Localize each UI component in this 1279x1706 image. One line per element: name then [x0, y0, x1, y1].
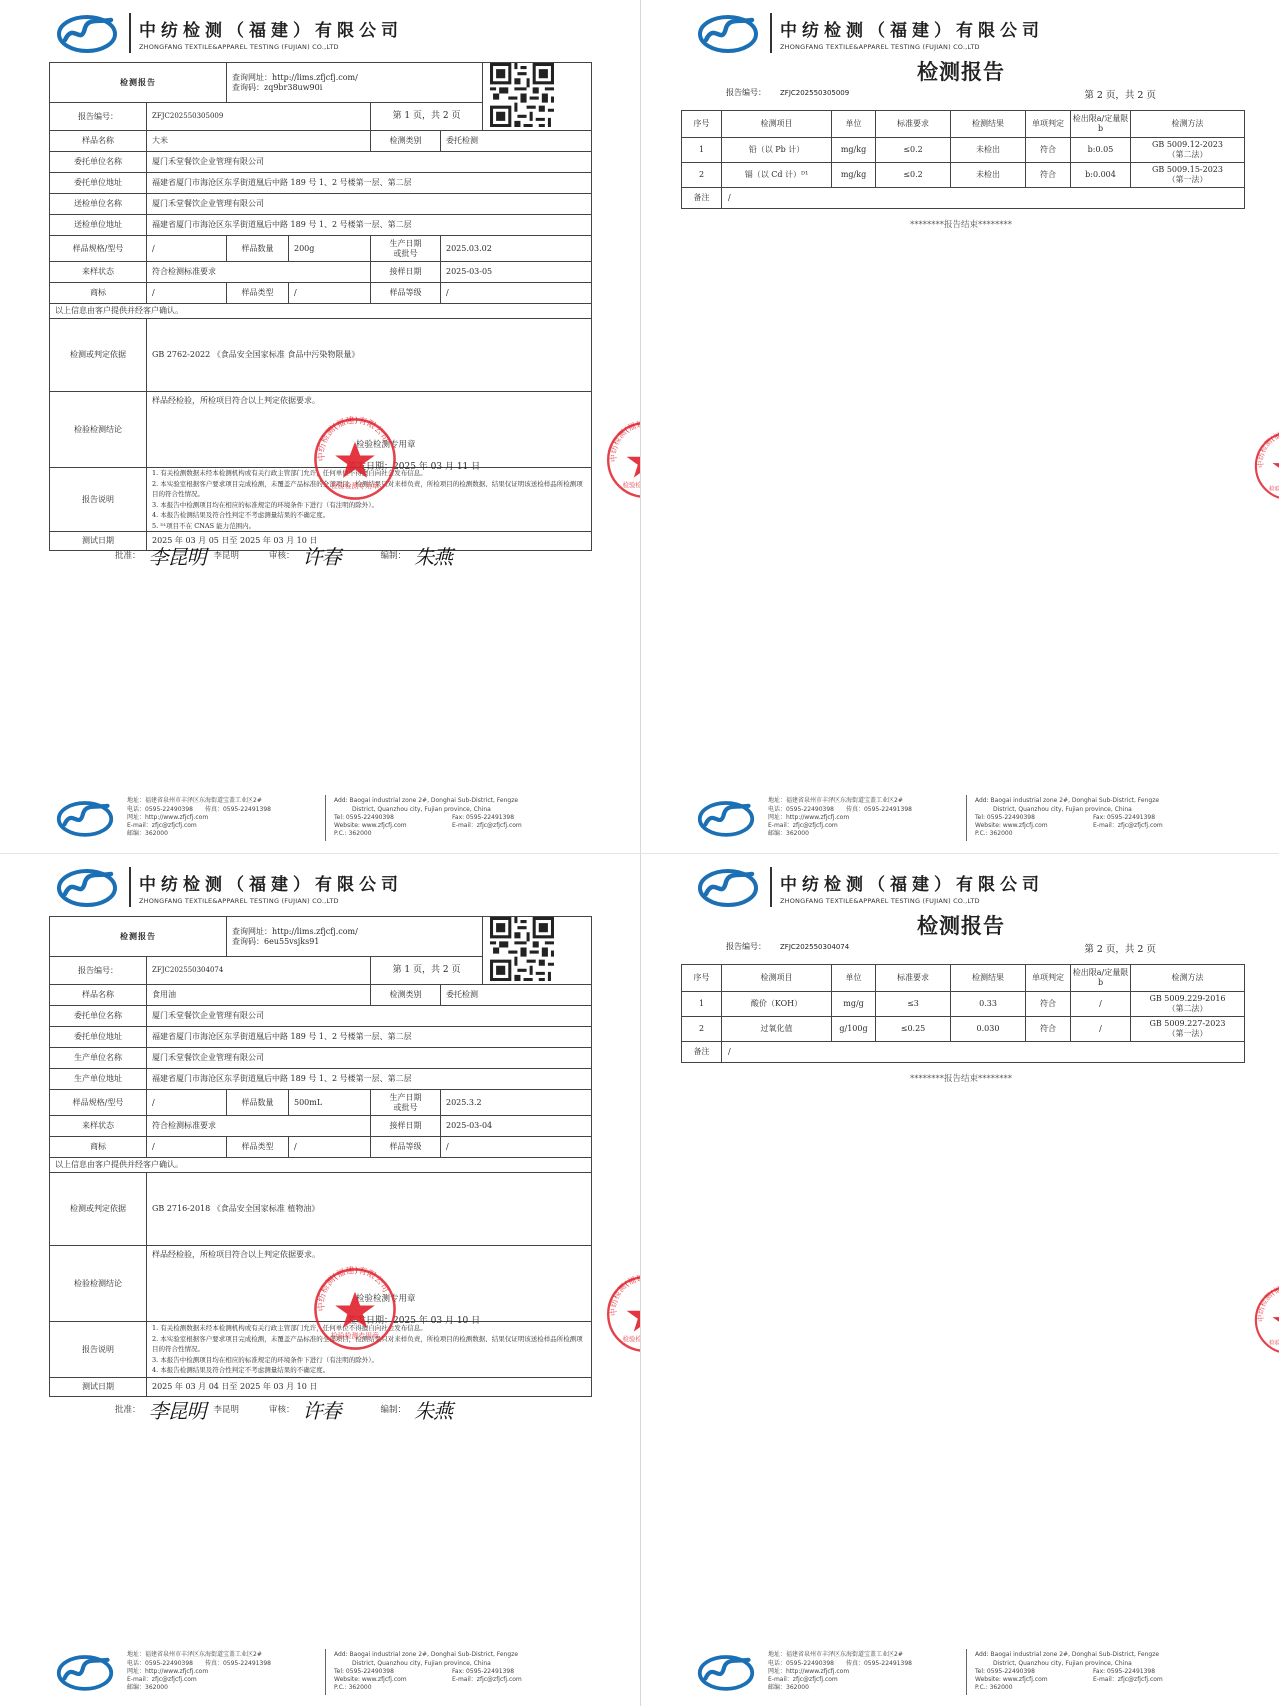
footer-en-address: Add: Baogai industrial zone 2#, Donghai … [334, 1651, 584, 1659]
sample-grade-label: 样品等级 [371, 283, 441, 304]
review-label: 审核： [269, 549, 295, 561]
cell-limit: / [1071, 1017, 1131, 1042]
sample-state-value: 符合检测标准要求 [147, 262, 371, 283]
footer-en-contact: Add: Baogai industrial zone 2#, Donghai … [975, 1651, 1225, 1692]
header-divider [770, 13, 772, 53]
signature-row: 批准： 李昆明 李昆明 审核： 许春 编制： 朱燕 [115, 540, 575, 570]
sample-type-value: / [289, 1137, 371, 1158]
conclusion-cell: 样品经检验，所检项目符合以上判定依据要求。 检验检测专用章 签发日期：2025 … [147, 1246, 592, 1322]
remark-label: 备注 [682, 1042, 722, 1063]
client-addr-label: 委托单位地址 [50, 1027, 147, 1048]
sample-type-value: / [289, 283, 371, 304]
basis-label: 检测或判定依据 [50, 1173, 147, 1246]
cell-no: 1 [682, 138, 722, 163]
approver-name: 李昆明 [214, 1403, 240, 1415]
footer-en-address: Add: Baogai industrial zone 2#, Donghai … [975, 1651, 1225, 1659]
page-footer: 地址：福建省泉州市丰泽区东海街道宝盖工业区2# 电话：0595-22490398… [696, 1646, 1236, 1698]
report-no-value: ZFJC202550304074 [147, 957, 371, 985]
query-code-label: 查询码： [232, 937, 264, 946]
spec-value: / [147, 1090, 227, 1116]
company-name-cn: 中纺检测（福建）有限公司 [139, 16, 403, 41]
report-no-label: 报告编号： [50, 103, 147, 131]
seam-seal-fragment-icon [605, 420, 640, 500]
footer-en-email: E-mail：zfjc@zfjcfj.com [1093, 822, 1163, 830]
footer-divider [966, 1649, 967, 1695]
footer-en-address: Add: Baogai industrial zone 2#, Donghai … [334, 797, 584, 805]
remark-row: 备注 / [682, 188, 1245, 209]
sample-grade-value: / [441, 283, 592, 304]
compile-label: 编制： [381, 549, 407, 561]
remark-value: / [722, 1042, 1245, 1063]
sender-addr-value: 福建省厦门市海沧区东孚街道凰后中路 189 号 1、2 号楼第一层、第二层 [147, 215, 592, 236]
footer-pc: P.C.: 362000 [975, 1684, 1225, 1692]
producer-addr-value: 福建省厦门市海沧区东孚街道凰后中路 189 号 1、2 号楼第一层、第二层 [147, 1069, 592, 1090]
producer-name-value: 厦门禾堂餐饮企业管理有限公司 [147, 1048, 592, 1069]
report-no-value: ZFJC202550305009 [147, 103, 371, 131]
qr-code-cell [483, 63, 592, 131]
report-b-page-2: 中纺检测（福建）有限公司 ZHONGFANG TEXTILE&APPAREL T… [640, 853, 1279, 1706]
sample-state-label: 来样状态 [50, 262, 147, 283]
report-a-page-1: 中纺检测（福建）有限公司 ZHONGFANG TEXTILE&APPAREL T… [0, 0, 640, 853]
query-code: 6eu55vsjks91 [264, 937, 319, 946]
report-no-value: ZFJC202550305009 [780, 89, 849, 97]
results-header-row: 序号 检测项目 单位 标准要求 检测结果 单项判定 检出限a/定量限b 检测方法 [682, 111, 1245, 138]
cell-unit: mg/g [832, 992, 876, 1017]
cell-result: 未检出 [951, 163, 1026, 188]
quantity-value: 500mL [289, 1090, 371, 1116]
approver-signature: 李昆明 [149, 541, 206, 570]
client-name-label: 委托单位名称 [50, 152, 147, 173]
note-item: 4. 本报告检测结果及符合性判定不考虑测量结果的不确定度。 [152, 510, 586, 521]
conclusion-cell: 样品经检验，所检项目符合以上判定依据要求。 检验检测专用章 签发日期：2025 … [147, 392, 592, 468]
footer-phone: 电话：0595-22490398 传真：0595-22491398 [127, 1660, 317, 1668]
query-url-link[interactable]: http://lims.zfjcfj.com/ [272, 927, 358, 936]
sample-name-value: 食用油 [147, 985, 371, 1006]
footer-fax: Fax: 0595-22491398 [452, 814, 514, 822]
report-meta: 报告编号：ZFJC202550305009 第 2 页，共 2 页 [726, 87, 1156, 101]
results-table: 序号 检测项目 单位 标准要求 检测结果 单项判定 检出限a/定量限b 检测方法… [681, 964, 1245, 1063]
report-a-page-2: 中纺检测（福建）有限公司 ZHONGFANG TEXTILE&APPAREL T… [640, 0, 1279, 853]
col-header: 检测方法 [1131, 965, 1245, 992]
approver-signature: 李昆明 [149, 1395, 206, 1424]
cell-method: GB 5009.12-2023 （第二法） [1131, 138, 1245, 163]
cell-no: 2 [682, 1017, 722, 1042]
footer-cn-contact: 地址：福建省泉州市丰泽区东海街道宝盖工业区2# 电话：0595-22490398… [127, 1651, 317, 1692]
basis-label: 检测或判定依据 [50, 319, 147, 392]
col-header: 标准要求 [876, 111, 951, 138]
receive-date-label: 接样日期 [371, 1116, 441, 1137]
cell-limit: b:0.004 [1071, 163, 1131, 188]
test-category-label: 检测类别 [371, 131, 441, 152]
page-indicator: 第 2 页，共 2 页 [1084, 87, 1156, 101]
table-row: 1 铅（以 Pb 计） mg/kg ≤0.2 未检出 符合 b:0.05 GB … [682, 138, 1245, 163]
producer-name-label: 生产单位名称 [50, 1048, 147, 1069]
query-url-label: 查询网址： [232, 927, 272, 936]
footer-en-address-2: District, Quanzhou city, Fujian province… [334, 806, 584, 814]
footer-en-address-2: District, Quanzhou city, Fujian province… [975, 1660, 1225, 1668]
col-header: 检出限a/定量限b [1071, 111, 1131, 138]
compile-label: 编制： [381, 1403, 407, 1415]
cell-result: 未检出 [951, 138, 1026, 163]
header-divider [129, 13, 131, 53]
cell-result: 0.33 [951, 992, 1026, 1017]
company-name-cn: 中纺检测（福建）有限公司 [780, 870, 1044, 895]
cell-unit: mg/kg [832, 138, 876, 163]
client-addr-value: 福建省厦门市海沧区东孚街道凰后中路 189 号 1、2 号楼第一层、第二层 [147, 1027, 592, 1048]
col-header: 单项判定 [1026, 111, 1071, 138]
cell-unit: g/100g [832, 1017, 876, 1042]
cell-method: GB 5009.229-2016 （第二法） [1131, 992, 1245, 1017]
conclusion-label: 检验检测结论 [50, 1246, 147, 1322]
report-info-table: 检测报告 查询网址：http://lims.zfjcfj.com/ 查询码：zq… [49, 62, 592, 551]
cell-item: 铅（以 Pb 计） [722, 138, 832, 163]
query-url-label: 查询网址： [232, 73, 272, 82]
col-header: 序号 [682, 111, 722, 138]
report-info-table: 检测报告 查询网址：http://lims.zfjcfj.com/ 查询码：6e… [49, 916, 592, 1397]
client-name-value: 厦门禾堂餐饮企业管理有限公司 [147, 152, 592, 173]
sender-addr-label: 送检单位地址 [50, 215, 147, 236]
company-logo-icon [55, 12, 119, 54]
note-item: 4. 本报告检测结果及符合性判定不考虑测量结果的不确定度。 [152, 1365, 586, 1376]
cell-unit: mg/kg [832, 163, 876, 188]
customer-confirm-note: 以上信息由客户提供并经客户确认。 [50, 1158, 592, 1173]
table-row: 2 镉（以 Cd 计）ᴰ¹ mg/kg ≤0.2 未检出 符合 b:0.004 … [682, 163, 1245, 188]
footer-address: 地址：福建省泉州市丰泽区东海街道宝盖工业区2# [768, 797, 958, 805]
footer-phone: 电话：0595-22490398 传真：0595-22491398 [768, 806, 958, 814]
approver-name: 李昆明 [214, 549, 240, 561]
report-title: 检测报告 [641, 910, 1279, 940]
report-no-label: 报告编号： [726, 942, 766, 951]
producer-addr-label: 生产单位地址 [50, 1069, 147, 1090]
footer-address: 地址：福建省泉州市丰泽区东海街道宝盖工业区2# [127, 797, 317, 805]
sample-name-label: 样品名称 [50, 131, 147, 152]
test-category-value: 委托检测 [441, 131, 592, 152]
footer-logo-icon [55, 798, 115, 838]
cell-item: 镉（以 Cd 计）ᴰ¹ [722, 163, 832, 188]
footer-website: 网址：http://www.zfjcfj.com [127, 1668, 317, 1676]
col-header: 单位 [832, 965, 876, 992]
reviewer-signature: 许春 [303, 1395, 341, 1424]
prod-date-label: 生产日期 或批号 [371, 1090, 441, 1116]
company-logo-icon [696, 866, 760, 908]
approve-label: 批准： [115, 1403, 141, 1415]
cell-judgement: 符合 [1026, 1017, 1071, 1042]
receive-date-value: 2025-03-05 [441, 262, 592, 283]
footer-divider [325, 795, 326, 841]
sample-type-label: 样品类型 [227, 283, 289, 304]
company-name-en: ZHONGFANG TEXTILE&APPAREL TESTING (FUJIA… [780, 897, 1044, 905]
note-item: 3. 本报告中检测项目均在相应的标准规定的环境条件下进行（有注明的除外）。 [152, 1355, 586, 1366]
spec-label: 样品规格/型号 [50, 236, 147, 262]
page-footer: 地址：福建省泉州市丰泽区东海街道宝盖工业区2# 电话：0595-22490398… [55, 792, 595, 844]
footer-postcode: 邮编：362000 [127, 1684, 317, 1692]
prod-date-label: 生产日期 或批号 [371, 236, 441, 262]
query-code: zq9br38uw90i [264, 83, 322, 92]
company-name-en: ZHONGFANG TEXTILE&APPAREL TESTING (FUJIA… [780, 43, 1044, 51]
issue-date-value: 2025 年 03 月 10 日 [393, 1316, 480, 1326]
report-end-mark: ********报告结束******** [641, 218, 1279, 230]
footer-en-website: Website: www.zfjcfj.com [975, 822, 1093, 830]
footer-tel: Tel: 0595-22490398 [334, 814, 452, 822]
footer-cn-contact: 地址：福建省泉州市丰泽区东海街道宝盖工业区2# 电话：0595-22490398… [127, 797, 317, 838]
compiler-signature: 朱燕 [414, 541, 452, 570]
basis-value: GB 2716-2018 《食品安全国家标准 植物油》 [147, 1173, 592, 1246]
cell-method: GB 5009.15-2023 （第一法） [1131, 163, 1245, 188]
compiler-signature: 朱燕 [414, 1395, 452, 1424]
results-header-row: 序号 检测项目 单位 标准要求 检测结果 单项判定 检出限a/定量限b 检测方法 [682, 965, 1245, 992]
sample-type-label: 样品类型 [227, 1137, 289, 1158]
header-divider [129, 867, 131, 907]
sample-name-label: 样品名称 [50, 985, 147, 1006]
company-header: 中纺检测（福建）有限公司 ZHONGFANG TEXTILE&APPAREL T… [696, 10, 1044, 56]
results-table: 序号 检测项目 单位 标准要求 检测结果 单项判定 检出限a/定量限b 检测方法… [681, 110, 1245, 209]
test-category-value: 委托检测 [441, 985, 592, 1006]
cell-item: 酸价（KOH） [722, 992, 832, 1017]
footer-cn-contact: 地址：福建省泉州市丰泽区东海街道宝盖工业区2# 电话：0595-22490398… [768, 797, 958, 838]
official-seal-icon [312, 1266, 398, 1352]
footer-en-email: E-mail：zfjc@zfjcfj.com [452, 1676, 522, 1684]
footer-logo-icon [696, 1652, 756, 1692]
sample-name-value: 大米 [147, 131, 371, 152]
report-end-mark: ********报告结束******** [641, 1072, 1279, 1084]
receive-date-label: 接样日期 [371, 262, 441, 283]
footer-pc: P.C.: 362000 [334, 830, 584, 838]
issue-date-value: 2025 年 03 月 11 日 [393, 462, 480, 472]
col-header: 检测结果 [951, 111, 1026, 138]
page-indicator: 第 2 页，共 2 页 [1084, 941, 1156, 955]
sample-state-label: 来样状态 [50, 1116, 147, 1137]
footer-phone: 电话：0595-22490398 传真：0595-22491398 [768, 1660, 958, 1668]
cell-limit: b:0.05 [1071, 138, 1131, 163]
qr-code-icon[interactable] [488, 63, 556, 127]
client-name-label: 委托单位名称 [50, 1006, 147, 1027]
company-name-en: ZHONGFANG TEXTILE&APPAREL TESTING (FUJIA… [139, 43, 403, 51]
col-header: 单位 [832, 111, 876, 138]
page-indicator: 第 1 页，共 2 页 [371, 103, 483, 131]
col-header: 检出限a/定量限b [1071, 965, 1131, 992]
prod-date-value: 2025.03.02 [441, 236, 592, 262]
footer-en-contact: Add: Baogai industrial zone 2#, Donghai … [334, 797, 584, 838]
footer-divider [325, 1649, 326, 1695]
explanation-label: 报告说明 [50, 1322, 147, 1378]
footer-website: 网址：http://www.zfjcfj.com [768, 1668, 958, 1676]
test-category-label: 检测类别 [371, 985, 441, 1006]
seam-seal-fragment-icon [1253, 1284, 1279, 1356]
sample-state-value: 符合检测标准要求 [147, 1116, 371, 1137]
sample-grade-value: / [441, 1137, 592, 1158]
page-indicator: 第 1 页，共 2 页 [371, 957, 483, 985]
footer-phone: 电话：0595-22490398 传真：0595-22491398 [127, 806, 317, 814]
reviewer-signature: 许春 [303, 541, 341, 570]
approve-label: 批准： [115, 549, 141, 561]
cell-item: 过氧化值 [722, 1017, 832, 1042]
receive-date-value: 2025-03-04 [441, 1116, 592, 1137]
footer-fax: Fax: 0595-22491398 [1093, 814, 1155, 822]
header-divider [770, 867, 772, 907]
remark-label: 备注 [682, 188, 722, 209]
quantity-value: 200g [289, 236, 371, 262]
footer-tel: Tel: 0595-22490398 [975, 1668, 1093, 1676]
conclusion-label: 检验检测结论 [50, 392, 147, 468]
footer-pc: P.C.: 362000 [334, 1684, 584, 1692]
spec-value: / [147, 236, 227, 262]
footer-en-contact: Add: Baogai industrial zone 2#, Donghai … [334, 1651, 584, 1692]
report-b-page-1: 中纺检测（福建）有限公司 ZHONGFANG TEXTILE&APPAREL T… [0, 853, 640, 1706]
company-header: 中纺检测（福建）有限公司 ZHONGFANG TEXTILE&APPAREL T… [55, 864, 403, 910]
page-footer: 地址：福建省泉州市丰泽区东海街道宝盖工业区2# 电话：0595-22490398… [696, 792, 1236, 844]
col-header: 检测结果 [951, 965, 1026, 992]
client-addr-label: 委托单位地址 [50, 173, 147, 194]
footer-fax: Fax: 0595-22491398 [1093, 1668, 1155, 1676]
report-title: 检测报告 [50, 63, 227, 103]
footer-tel: Tel: 0595-22490398 [975, 814, 1093, 822]
trademark-label: 商标 [50, 1137, 147, 1158]
footer-divider [966, 795, 967, 841]
report-title: 检测报告 [641, 56, 1279, 86]
col-header: 检测方法 [1131, 111, 1245, 138]
report-no-label: 报告编号： [50, 957, 147, 985]
footer-en-address-2: District, Quanzhou city, Fujian province… [975, 806, 1225, 814]
company-header: 中纺检测（福建）有限公司 ZHONGFANG TEXTILE&APPAREL T… [55, 10, 403, 56]
company-header: 中纺检测（福建）有限公司 ZHONGFANG TEXTILE&APPAREL T… [696, 864, 1044, 910]
cell-judgement: 符合 [1026, 138, 1071, 163]
footer-en-address-2: District, Quanzhou city, Fujian province… [334, 1660, 584, 1668]
footer-postcode: 邮编：362000 [768, 1684, 958, 1692]
footer-cn-contact: 地址：福建省泉州市丰泽区东海街道宝盖工业区2# 电话：0595-22490398… [768, 1651, 958, 1692]
report-title: 检测报告 [50, 917, 227, 957]
cell-method: GB 5009.227-2023 （第一法） [1131, 1017, 1245, 1042]
col-header: 序号 [682, 965, 722, 992]
client-name-value: 厦门禾堂餐饮企业管理有限公司 [147, 1006, 592, 1027]
cell-judgement: 符合 [1026, 163, 1071, 188]
seam-seal-fragment-icon [605, 1274, 640, 1354]
footer-en-email: E-mail：zfjc@zfjcfj.com [452, 822, 522, 830]
trademark-value: / [147, 1137, 227, 1158]
trademark-label: 商标 [50, 283, 147, 304]
company-logo-icon [55, 866, 119, 908]
cell-limit: / [1071, 992, 1131, 1017]
prod-date-value: 2025.3.2 [441, 1090, 592, 1116]
conclusion-text: 样品经检验，所检项目符合以上判定依据要求。 [152, 396, 320, 406]
cell-requirement: ≤0.25 [876, 1017, 951, 1042]
explanation-label: 报告说明 [50, 468, 147, 532]
conclusion-text: 样品经检验，所检项目符合以上判定依据要求。 [152, 1250, 320, 1260]
footer-en-contact: Add: Baogai industrial zone 2#, Donghai … [975, 797, 1225, 838]
sample-grade-label: 样品等级 [371, 1137, 441, 1158]
remark-value: / [722, 188, 1245, 209]
basis-value: GB 2762-2022 《食品安全国家标准 食品中污染物限量》 [147, 319, 592, 392]
cell-requirement: ≤0.2 [876, 138, 951, 163]
footer-address: 地址：福建省泉州市丰泽区东海街道宝盖工业区2# [127, 1651, 317, 1659]
footer-logo-icon [55, 1652, 115, 1692]
remark-row: 备注 / [682, 1042, 1245, 1063]
official-seal-icon [312, 416, 398, 502]
footer-pc: P.C.: 362000 [975, 830, 1225, 838]
company-name-cn: 中纺检测（福建）有限公司 [139, 870, 403, 895]
footer-tel: Tel: 0595-22490398 [334, 1668, 452, 1676]
seam-seal-fragment-icon [1253, 430, 1279, 502]
footer-en-website: Website: www.zfjcfj.com [334, 1676, 452, 1684]
footer-en-email: E-mail：zfjc@zfjcfj.com [1093, 1676, 1163, 1684]
quantity-label: 样品数量 [227, 236, 289, 262]
quantity-label: 样品数量 [227, 1090, 289, 1116]
cell-requirement: ≤3 [876, 992, 951, 1017]
report-meta: 报告编号：ZFJC202550304074 第 2 页，共 2 页 [726, 941, 1156, 955]
footer-logo-icon [696, 798, 756, 838]
company-name-en: ZHONGFANG TEXTILE&APPAREL TESTING (FUJIA… [139, 897, 403, 905]
qr-code-cell [483, 917, 592, 985]
customer-confirm-note: 以上信息由客户提供并经客户确认。 [50, 304, 592, 319]
footer-website: 网址：http://www.zfjcfj.com [768, 814, 958, 822]
query-code-label: 查询码： [232, 83, 264, 92]
footer-en-website: Website: www.zfjcfj.com [975, 1676, 1093, 1684]
company-logo-icon [696, 12, 760, 54]
table-row: 2 过氧化值 g/100g ≤0.25 0.030 符合 / GB 5009.2… [682, 1017, 1245, 1042]
client-addr-value: 福建省厦门市海沧区东孚街道凰后中路 189 号 1、2 号楼第一层、第二层 [147, 173, 592, 194]
sender-name-label: 送检单位名称 [50, 194, 147, 215]
cell-judgement: 符合 [1026, 992, 1071, 1017]
query-info: 查询网址：http://lims.zfjcfj.com/ 查询码：zq9br38… [227, 63, 483, 103]
review-label: 审核： [269, 1403, 295, 1415]
spec-label: 样品规格/型号 [50, 1090, 147, 1116]
footer-en-website: Website: www.zfjcfj.com [334, 822, 452, 830]
signature-row: 批准： 李昆明 李昆明 审核： 许春 编制： 朱燕 [115, 1394, 575, 1424]
trademark-value: / [147, 283, 227, 304]
cell-result: 0.030 [951, 1017, 1026, 1042]
table-row: 1 酸价（KOH） mg/g ≤3 0.33 符合 / GB 5009.229-… [682, 992, 1245, 1017]
footer-en-address: Add: Baogai industrial zone 2#, Donghai … [975, 797, 1225, 805]
company-name-cn: 中纺检测（福建）有限公司 [780, 16, 1044, 41]
col-header: 单项判定 [1026, 965, 1071, 992]
report-no-value: ZFJC202550304074 [780, 943, 849, 951]
col-header: 标准要求 [876, 965, 951, 992]
note-item: 5. ᴰ¹项目不在 CNAS 能力范围内。 [152, 521, 586, 532]
col-header: 检测项目 [722, 111, 832, 138]
query-url-link[interactable]: http://lims.zfjcfj.com/ [272, 73, 358, 82]
footer-address: 地址：福建省泉州市丰泽区东海街道宝盖工业区2# [768, 1651, 958, 1659]
footer-website: 网址：http://www.zfjcfj.com [127, 814, 317, 822]
cell-requirement: ≤0.2 [876, 163, 951, 188]
col-header: 检测项目 [722, 965, 832, 992]
cell-no: 2 [682, 163, 722, 188]
page-footer: 地址：福建省泉州市丰泽区东海街道宝盖工业区2# 电话：0595-22490398… [55, 1646, 595, 1698]
report-no-label: 报告编号： [726, 88, 766, 97]
footer-postcode: 邮编：362000 [768, 830, 958, 838]
sender-name-value: 厦门禾堂餐饮企业管理有限公司 [147, 194, 592, 215]
footer-postcode: 邮编：362000 [127, 830, 317, 838]
qr-code-icon[interactable] [488, 917, 556, 981]
query-info: 查询网址：http://lims.zfjcfj.com/ 查询码：6eu55vs… [227, 917, 483, 957]
cell-no: 1 [682, 992, 722, 1017]
footer-fax: Fax: 0595-22491398 [452, 1668, 514, 1676]
